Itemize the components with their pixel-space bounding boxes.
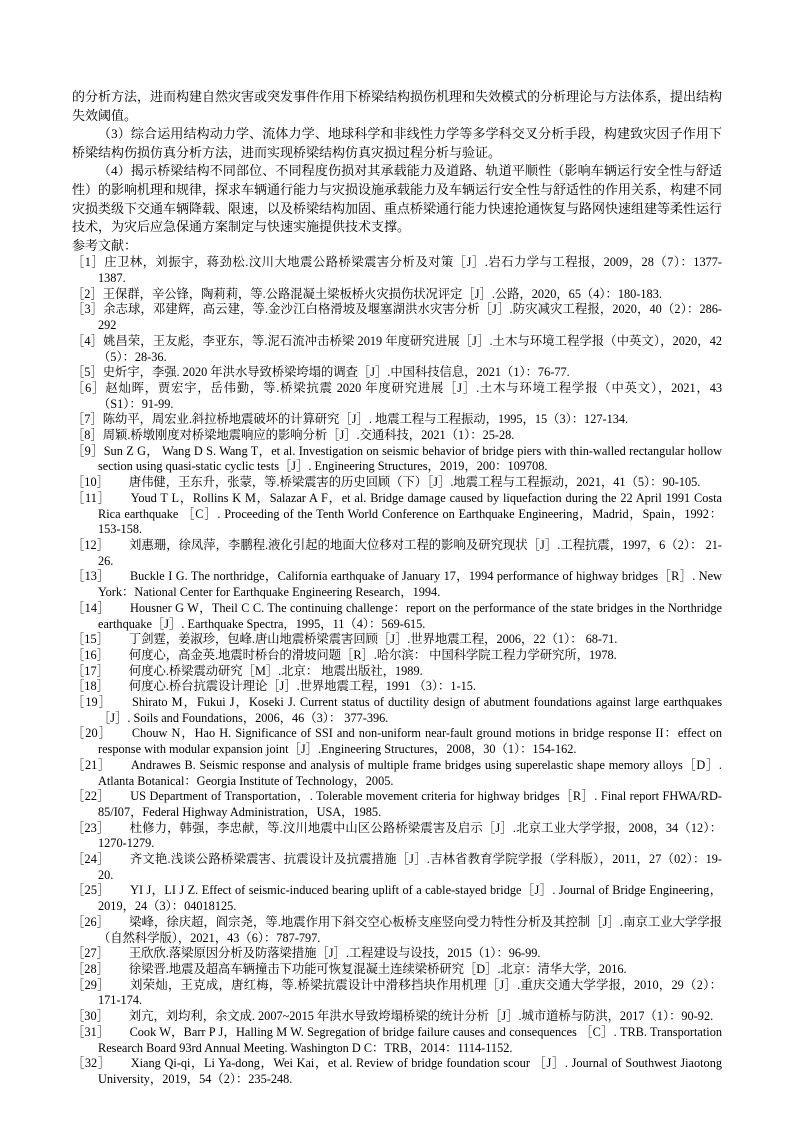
reference-item: ［1］庄卫林，刘振宇，蒋劲松.汶川大地震公路桥梁震害分析及对策［J］.岩石力学与… xyxy=(72,255,722,286)
reference-label: ［17］ xyxy=(72,664,109,678)
reference-item: ［5］史炘宇，李强. 2020 年洪水导致桥梁垮塌的调查［J］.中国科技信息，2… xyxy=(72,365,722,381)
reference-item: ［8］周颖.桥墩刚度对桥梁地震响应的影响分析［J］.交通科技，2021（1）：2… xyxy=(72,428,722,444)
reference-text: Andrawes B. Seismic response and analysi… xyxy=(98,758,722,788)
reference-label: ［11］ xyxy=(72,491,111,505)
reference-item: ［20］Chouw N，Hao H. Significance of SSI a… xyxy=(72,726,722,757)
reference-text: Youd T L，Rollins K M，Salazar A F，et al. … xyxy=(98,491,722,536)
reference-text: 刘惠珊，徐凤萍，李鹏程.液化引起的地面大位移对工程的影响及研究现状［J］.工程抗… xyxy=(98,538,722,568)
reference-label: ［20］ xyxy=(72,726,112,740)
reference-label: ［7］ xyxy=(72,412,103,426)
reference-item: ［15］丁剑霆，姜淑珍，包峰.唐山地震桥梁震害回顾［J］.世界地震工程，2006… xyxy=(72,632,722,648)
reference-label: ［22］ xyxy=(72,789,110,803)
reference-text: 唐伟健，王东升，张蒙，等.桥梁震害的历史回顾（下）［J］.地震工程与工程振动，2… xyxy=(129,475,700,489)
reference-label: ［19］ xyxy=(72,695,112,709)
reference-label: ［10］ xyxy=(72,475,109,489)
reference-item: ［23］杜修力，韩强，李忠献，等.汶川地震中山区公路桥梁震害及启示［J］.北京工… xyxy=(72,821,722,852)
reference-text: 徐梁晋.地震及超高车辆撞击下功能可恢复混凝土连续梁桥研究［D］.北京：清华大学，… xyxy=(129,962,627,976)
reference-item: ［25］YI J，LI J Z. Effect of seismic-induc… xyxy=(72,883,722,914)
reference-text: 赵灿晖，贾宏宇，岳伟勤，等.桥梁抗震 2020 年度研究进展［J］.土木与环境工… xyxy=(98,381,722,411)
reference-label: ［14］ xyxy=(72,601,110,615)
reference-text: 刘亢，刘均利，余文成. 2007~2015 年洪水导致垮塌桥梁的统计分析［J］.… xyxy=(129,1009,713,1023)
reference-label: ［2］ xyxy=(72,287,103,301)
reference-item: ［28］徐梁晋.地震及超高车辆撞击下功能可恢复混凝土连续梁桥研究［D］.北京：清… xyxy=(72,962,722,978)
document-page: { "document": { "intro_paragraphs": [ {"… xyxy=(0,0,793,1122)
reference-item: ［29］刘荣灿，王克成，唐红梅，等.桥梁抗震设计中滑移挡块作用机理［J］.重庆交… xyxy=(72,978,722,1009)
reference-item: ［10］唐伟健，王东升，张蒙，等.桥梁震害的历史回顾（下）［J］.地震工程与工程… xyxy=(72,475,722,491)
reference-text: Buckle I G. The northridge，California ea… xyxy=(98,569,722,599)
reference-text: Cook W，Barr P J，Halling M W. Segregation… xyxy=(98,1025,722,1055)
reference-item: ［27］王欣欣.落梁原因分析及防落梁措施［J］.工程建设与设技，2015（1）：… xyxy=(72,946,722,962)
reference-item: ［31］Cook W，Barr P J，Halling M W. Segrega… xyxy=(72,1025,722,1056)
reference-text: 王保群，辛公锋，陶莉莉，等.公路混凝土梁板桥火灾损伤状况评定［J］.公路，202… xyxy=(103,287,662,301)
reference-item: ［18］何度心.桥台抗震设计理论［J］.世界地震工程，1991 （3）：1-15… xyxy=(72,679,722,695)
reference-item: ［6］赵灿晖，贾宏宇，岳伟勤，等.桥梁抗震 2020 年度研究进展［J］.土木与… xyxy=(72,381,722,412)
reference-text: Shirato M，Fukui J，Koseki J. Current stat… xyxy=(98,695,722,725)
reference-label: ［25］ xyxy=(72,883,110,897)
reference-item: ［12］刘惠珊，徐凤萍，李鹏程.液化引起的地面大位移对工程的影响及研究现状［J］… xyxy=(72,538,722,569)
reference-item: ［21］Andrawes B. Seismic response and ana… xyxy=(72,758,722,789)
reference-text: YI J，LI J Z. Effect of seismic-induced b… xyxy=(98,883,722,913)
reference-text: 何度心.桥台抗震设计理论［J］.世界地震工程，1991 （3）：1-15. xyxy=(129,679,476,693)
reference-label: ［3］ xyxy=(72,302,103,316)
reference-item: ［14］Housner G W，Theil C C. The continuin… xyxy=(72,601,722,632)
reference-item: ［2］王保群，辛公锋，陶莉莉，等.公路混凝土梁板桥火灾损伤状况评定［J］.公路，… xyxy=(72,287,722,303)
reference-text: 刘荣灿，王克成，唐红梅，等.桥梁抗震设计中滑移挡块作用机理［J］.重庆交通大学学… xyxy=(98,978,722,1008)
reference-label: ［4］ xyxy=(72,334,103,348)
reference-text: 周颖.桥墩刚度对桥梁地震响应的影响分析［J］.交通科技，2021（1）：25-2… xyxy=(103,428,515,442)
reference-item: ［32］Xiang Qi-qi，Li Ya-dong，Wei Kai，et al… xyxy=(72,1056,722,1087)
reference-label: ［30］ xyxy=(72,1009,109,1023)
reference-label: ［21］ xyxy=(72,758,111,772)
reference-label: ［13］ xyxy=(72,569,110,583)
reference-text: 王欣欣.落梁原因分析及防落梁措施［J］.工程建设与设技，2015（1）：96-9… xyxy=(129,946,541,960)
reference-label: ［8］ xyxy=(72,428,103,442)
reference-text: 史炘宇，李强. 2020 年洪水导致桥梁垮塌的调查［J］.中国科技信息，2021… xyxy=(103,365,570,379)
reference-label: ［28］ xyxy=(72,962,109,976)
reference-item: ［11］Youd T L，Rollins K M，Salazar A F，et … xyxy=(72,491,722,538)
reference-label: ［24］ xyxy=(72,852,110,866)
reference-item: ［24］齐文艳.浅谈公路桥梁震害、抗震设计及抗震措施［J］.吉林省教育学院学报（… xyxy=(72,852,722,883)
reference-item: ［22］US Department of Transportation，. To… xyxy=(72,789,722,820)
reference-label: ［5］ xyxy=(72,365,103,379)
reference-item: ［16］何度心，高金英.地震时桥台的滑坡问题［R］.哈尔滨： 中国科学院工程力学… xyxy=(72,648,722,664)
reference-item: ［17］何度心.桥梁震动研究［M］.北京： 地震出版社，1989. xyxy=(72,664,722,680)
reference-label: ［1］ xyxy=(72,255,104,269)
reference-text: 齐文艳.浅谈公路桥梁震害、抗震设计及抗震措施［J］.吉林省教育学院学报（学科版）… xyxy=(98,852,722,882)
reference-text: Chouw N，Hao H. Significance of SSI and n… xyxy=(98,726,722,756)
reference-label: ［15］ xyxy=(72,632,109,646)
reference-label: ［29］ xyxy=(72,978,110,992)
reference-item: ［4］姚昌荣，王友彪，李亚东，等.泥石流冲击桥梁 2019 年度研究进展［J］.… xyxy=(72,334,722,365)
reference-text: Sun Z G， Wang D S. Wang T，et al. Investi… xyxy=(98,444,722,474)
reference-text: 余志球，邓建辉，高云建，等.金沙江白格滑坡及堰塞湖洪水灾害分析［J］.防灾减灾工… xyxy=(98,302,722,332)
reference-text: 陈幼平，周宏业.斜拉桥地震破坏的计算研究［J］. 地震工程与工程振动，1995，… xyxy=(103,412,628,426)
reference-item: ［9］Sun Z G， Wang D S. Wang T，et al. Inve… xyxy=(72,444,722,475)
reference-label: ［31］ xyxy=(72,1025,110,1039)
reference-text: 何度心.桥梁震动研究［M］.北京： 地震出版社，1989. xyxy=(129,664,423,678)
reference-text: Xiang Qi-qi，Li Ya-dong，Wei Kai，et al. Re… xyxy=(98,1056,722,1086)
reference-text: 庄卫林，刘振宇，蒋劲松.汶川大地震公路桥梁震害分析及对策［J］.岩石力学与工程报… xyxy=(98,255,722,285)
reference-text: 梁峰，徐庆超，阎宗尧，等.地震作用下斜交空心板桥支座竖向受力特性分析及其控制［J… xyxy=(98,915,722,945)
reference-text: US Department of Transportation，. Tolera… xyxy=(98,789,722,819)
reference-label: ［6］ xyxy=(72,381,105,395)
reference-item: ［19］Shirato M，Fukui J，Koseki J. Current … xyxy=(72,695,722,726)
reference-label: ［32］ xyxy=(72,1056,111,1070)
reference-text: 丁剑霆，姜淑珍，包峰.唐山地震桥梁震害回顾［J］.世界地震工程，2006，22（… xyxy=(129,632,617,646)
reference-label: ［16］ xyxy=(72,648,109,662)
reference-text: 杜修力，韩强，李忠献，等.汶川地震中山区公路桥梁震害及启示［J］.北京工业大学学… xyxy=(98,821,722,851)
reference-label: ［12］ xyxy=(72,538,109,552)
reference-item: ［30］刘亢，刘均利，余文成. 2007~2015 年洪水导致垮塌桥梁的统计分析… xyxy=(72,1009,722,1025)
reference-label: ［27］ xyxy=(72,946,109,960)
reference-text: 姚昌荣，王友彪，李亚东，等.泥石流冲击桥梁 2019 年度研究进展［J］.土木与… xyxy=(98,334,722,364)
references-list: ［1］庄卫林，刘振宇，蒋劲松.汶川大地震公路桥梁震害分析及对策［J］.岩石力学与… xyxy=(72,255,722,1087)
reference-label: ［18］ xyxy=(72,679,109,693)
reference-item: ［26］梁峰，徐庆超，阎宗尧，等.地震作用下斜交空心板桥支座竖向受力特性分析及其… xyxy=(72,915,722,946)
reference-item: ［13］Buckle I G. The northridge，Californi… xyxy=(72,569,722,600)
page: 的分析方法，进而构建自然灾害或突发事件作用下桥梁结构损伤机理和失效模式的分析理论… xyxy=(0,0,793,1122)
references-heading: 参考文献： xyxy=(72,237,722,256)
reference-item: ［7］陈幼平，周宏业.斜拉桥地震破坏的计算研究［J］. 地震工程与工程振动，19… xyxy=(72,412,722,428)
intro-paragraph: （4）揭示桥梁结构不同部位、不同程度伤损对其承载能力及道路、轨道平顺性（影响车辆… xyxy=(72,162,722,236)
intro-section: 的分析方法，进而构建自然灾害或突发事件作用下桥梁结构损伤机理和失效模式的分析理论… xyxy=(72,88,722,237)
reference-text: 何度心，高金英.地震时桥台的滑坡问题［R］.哈尔滨： 中国科学院工程力学研究所，… xyxy=(129,648,617,662)
intro-paragraph: 的分析方法，进而构建自然灾害或突发事件作用下桥梁结构损伤机理和失效模式的分析理论… xyxy=(72,88,722,125)
reference-label: ［9］ xyxy=(72,444,104,458)
reference-item: ［3］余志球，邓建辉，高云建，等.金沙江白格滑坡及堰塞湖洪水灾害分析［J］.防灾… xyxy=(72,302,722,333)
reference-label: ［26］ xyxy=(72,915,109,929)
reference-text: Housner G W，Theil C C. The continuing ch… xyxy=(98,601,722,631)
intro-paragraph: （3）综合运用结构动力学、流体力学、地球科学和非线性力学等多学科交叉分析手段，构… xyxy=(72,125,722,162)
reference-label: ［23］ xyxy=(72,821,110,835)
